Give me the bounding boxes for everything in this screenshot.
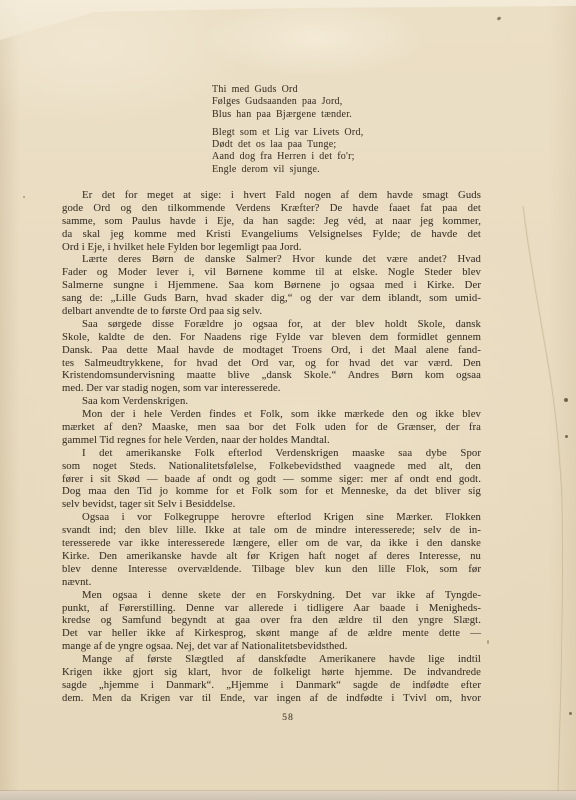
scanned-book-page: Thi med Guds OrdFølges Gudsaanden paa Jo… bbox=[0, 0, 576, 800]
text-line: mange af de yngre ogsaa. Nej, det var af… bbox=[62, 640, 481, 653]
text-line: gode Ord og den tilkommende Verdens Kræf… bbox=[62, 202, 481, 215]
ink-speck bbox=[23, 196, 25, 198]
text-line: Mange af første Slægtled af danskfødte A… bbox=[62, 653, 481, 666]
text-line: Saa sørgede disse Forældre jo ogsaa for,… bbox=[62, 318, 481, 331]
poem-line: Thi med Guds Ord bbox=[212, 84, 363, 96]
text-line: fører i sit Skød — baade af ondt og godt… bbox=[62, 473, 481, 486]
text-line: kredse og Samfund begyndt at gaa over fr… bbox=[62, 614, 481, 627]
text-line: Ogsaa i vor Folkegruppe herovre efterlod… bbox=[62, 511, 481, 524]
poem-stanza: Thi med Guds OrdFølges Gudsaanden paa Jo… bbox=[212, 84, 363, 121]
poem-line: Engle derom vil sjunge. bbox=[212, 164, 363, 176]
poem-line: Blus han paa Bjærgene tænder. bbox=[212, 109, 363, 121]
text-line: sagde „hjemme i Danmark“. „Hjemme i Danm… bbox=[62, 679, 481, 692]
text-line: blev denne Interesse overvældende. Tilba… bbox=[62, 563, 481, 576]
text-line: Saa kom Verdenskrigen. bbox=[62, 395, 481, 408]
text-line: delbart anvendte de to første Ord paa si… bbox=[62, 305, 481, 318]
poem-line: Aand dog fra Herren i det fo'r; bbox=[212, 151, 363, 163]
ink-speck bbox=[497, 16, 502, 21]
text-line: da skal jeg komme med Kristi Evangeliums… bbox=[62, 228, 481, 241]
poem-stanza: Blegt som et Lig var Livets Ord,Dødt det… bbox=[212, 127, 363, 176]
poem-line: Blegt som et Lig var Livets Ord, bbox=[212, 127, 363, 139]
text-line: nævnt. bbox=[62, 576, 481, 589]
text-line: Dog maa den Tid jo komme for et Folk som… bbox=[62, 485, 481, 498]
text-line: punkt, af Førerstilling. Denne var aller… bbox=[62, 602, 481, 615]
text-line: Fader og Moder lever i, vil Børnene komm… bbox=[62, 266, 481, 279]
text-line: Mon der i hele Verden findes et Folk, so… bbox=[62, 408, 481, 421]
poem-line: Dødt det os laa paa Tunge; bbox=[212, 139, 363, 151]
text-line: gammel Tid regnes for hele Verden, naar … bbox=[62, 434, 481, 447]
text-line: samme, som Paulus havde i Eje, da han sa… bbox=[62, 215, 481, 228]
text-line: Kirke. Den amerikanske havde alt før Kri… bbox=[62, 550, 481, 563]
text-line: tes Salmeudtrykkene, for hvad det Ord va… bbox=[62, 357, 481, 370]
text-line: Dansk. Paa dette Maal havde de modtaget … bbox=[62, 344, 481, 357]
page-top-edge bbox=[0, 0, 576, 44]
text-line: som noget Steds. Nationalitetsfølelse, F… bbox=[62, 460, 481, 473]
text-line: selv bevidst, tager sit Selv i Besiddels… bbox=[62, 498, 481, 511]
text-line: svandt ind; den blev lille. Ikke at tale… bbox=[62, 524, 481, 537]
ink-speck bbox=[565, 435, 568, 438]
text-line: med. Der var stadig nogen, som var inter… bbox=[62, 382, 481, 395]
text-line: Skole, kaldte de den. For Naadens rige F… bbox=[62, 331, 481, 344]
text-line: mærket af den? Maaske, men saa bor det F… bbox=[62, 421, 481, 434]
text-line: Men ogsaa i denne skete der en Forskydni… bbox=[62, 589, 481, 602]
text-line: Krigen ikke gjort sig klart, hvor de fol… bbox=[62, 666, 481, 679]
ink-speck bbox=[487, 640, 489, 644]
text-line: dem. Men da Krigen var til Ende, var ing… bbox=[62, 692, 481, 705]
text-line: Salmerne sungne i Hjemmene. Saa kom Børn… bbox=[62, 279, 481, 292]
text-line: Kristendomsundervisning maatte blive „da… bbox=[62, 369, 481, 382]
text-line: Lærte deres Børn de danske Salmer? Hvor … bbox=[62, 253, 481, 266]
poem-line: Følges Gudsaanden paa Jord, bbox=[212, 96, 363, 108]
text-line: Ord i Eje, i hvilket hele Fylden bor leg… bbox=[62, 241, 481, 254]
page-number: 58 bbox=[0, 712, 576, 723]
ink-speck bbox=[564, 398, 568, 402]
text-line: I det amerikanske Folk efterlod Verdensk… bbox=[62, 447, 481, 460]
page-bottom-edge bbox=[0, 791, 576, 800]
text-line: Er det for meget at sige: i hvert Fald n… bbox=[62, 189, 481, 202]
ink-speck bbox=[569, 712, 572, 715]
page-body: Er det for meget at sige: i hvert Fald n… bbox=[62, 189, 481, 705]
text-line: Det var heller ikke af Kirkesprog, skønt… bbox=[62, 627, 481, 640]
text-line: sang de: „Lille Guds Barn, hvad skader d… bbox=[62, 292, 481, 305]
text-line: teresserede var ikke interesserede længe… bbox=[62, 537, 481, 550]
poem: Thi med Guds OrdFølges Gudsaanden paa Jo… bbox=[212, 84, 363, 182]
